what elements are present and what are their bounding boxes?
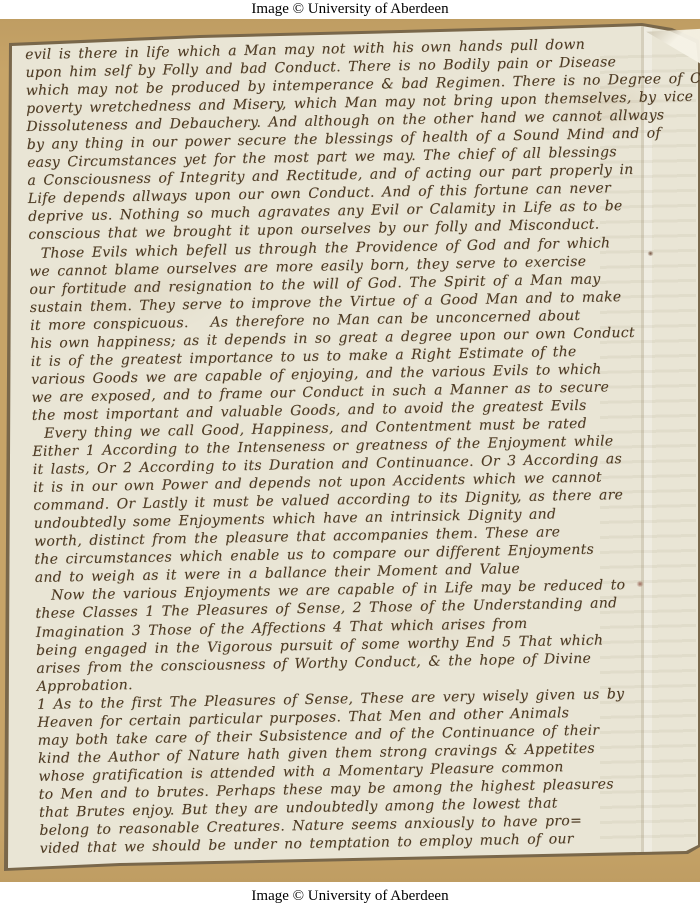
manuscript-text: evil is there in life which a Man may no…	[25, 34, 672, 858]
bottom-credit-text: Image © University of Aberdeen	[251, 888, 448, 905]
archive-image-page: Image © University of Aberdeen evil is t…	[0, 0, 700, 910]
top-credit-banner: Image © University of Aberdeen	[0, 0, 700, 19]
bottom-credit-banner: Image © University of Aberdeen	[0, 882, 700, 910]
top-credit-text: Image © University of Aberdeen	[251, 1, 448, 18]
mount-background: evil is there in life which a Man may no…	[0, 19, 700, 882]
